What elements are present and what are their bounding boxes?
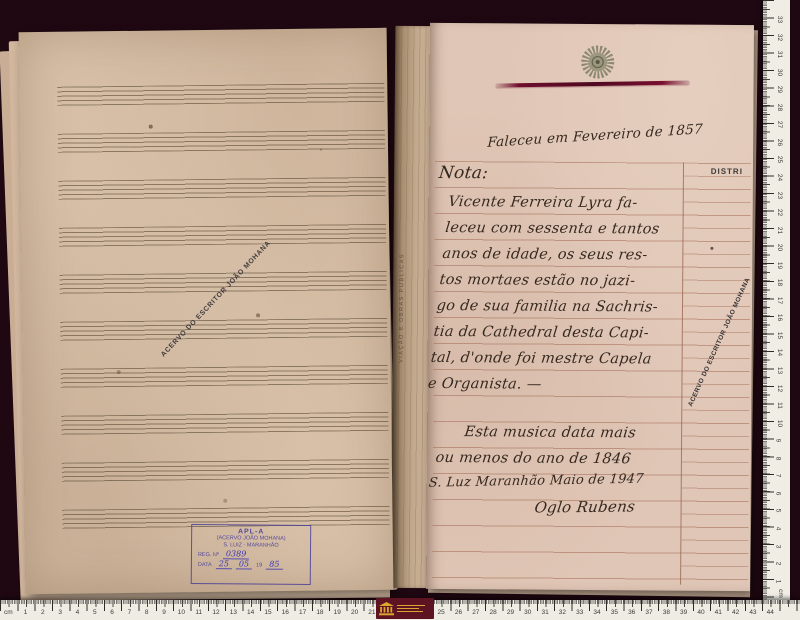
stamp-date-row: DATA 25 05 19 85 [192, 559, 310, 570]
ruler-number: 17 [776, 297, 783, 304]
ruler-number: 9 [162, 609, 166, 616]
handwritten-signature: Oglo Rubens [533, 497, 636, 516]
handwritten-line: ou menos do ano de 1846 [434, 445, 634, 472]
handwritten-death-date: Faleceu em Fevereiro de 1857 [487, 121, 703, 151]
music-stave [59, 224, 386, 247]
ruler-number: 9 [774, 439, 781, 443]
ruler-number: 19 [776, 262, 783, 269]
ruler-number: 25 [776, 156, 783, 163]
ruler-number: 10 [178, 609, 185, 616]
ruler-number: 24 [776, 174, 783, 181]
spine-printed-text: VIAÇÃO E OBRAS PUBLICAS [399, 253, 406, 363]
ruler-number: 32 [776, 33, 783, 40]
ruler-number: 11 [195, 609, 202, 616]
ruler-number: 14 [776, 349, 783, 356]
music-stave [60, 318, 387, 341]
ruler-number: 43 [749, 609, 756, 616]
ruler-number: 22 [776, 209, 783, 216]
ruler-number: 33 [576, 609, 583, 616]
crimson-ink-stroke [496, 80, 690, 87]
ruler-number: 5 [774, 509, 781, 513]
music-stave [58, 177, 385, 200]
ruler-number: 32 [559, 609, 566, 616]
archive-logo [376, 598, 434, 619]
ruler-number: 7 [774, 474, 781, 478]
ruler-number: 15 [264, 609, 271, 616]
ruler-number: 28 [490, 609, 497, 616]
ruler-number: 31 [776, 51, 783, 58]
music-stave [57, 83, 384, 106]
ruler-number: 13 [230, 609, 237, 616]
ruler-number: 4 [774, 527, 781, 531]
ruler-number: 18 [776, 279, 783, 286]
right-column-cells [680, 163, 751, 585]
column-header: DISTRI [711, 167, 743, 176]
ruler-number: 5 [93, 609, 97, 616]
handwritten-line: anos de idade, os seus res- [441, 241, 665, 269]
date-month: 05 [236, 560, 252, 569]
ruler-number: 4 [76, 609, 80, 616]
handwritten-note-body: Vicente Ferreira Lyra fa-leceu com sesse… [426, 189, 671, 398]
left-page: ACERVO DO ESCRITOR JOÃO MOHANA APL-A (AC… [19, 28, 394, 594]
archive-building-icon [379, 602, 394, 616]
date-year-printed: 19 [256, 563, 262, 570]
ruler-number: 30 [776, 69, 783, 76]
ruler-number: 27 [776, 121, 783, 128]
ruler-number: 3 [58, 609, 62, 616]
date-label: DATA [198, 562, 212, 569]
date-day: 25 [216, 560, 232, 569]
music-stave [61, 365, 388, 388]
ruler-number: 44 [767, 609, 774, 616]
reg-label: REG. Nº [198, 552, 219, 559]
handwritten-line: tia da Cathedral desta Capi- [432, 319, 656, 347]
ruler-number: 42 [732, 609, 739, 616]
ruler-number: 26 [776, 139, 783, 146]
date-year-handwritten: 85 [266, 561, 282, 570]
logo-text-lines [397, 605, 425, 612]
reg-number: 0389 [223, 550, 249, 559]
ruler-number: 2 [41, 609, 45, 616]
ruler-number: 3 [774, 544, 781, 548]
vertical-ruler: 3332313029282726252423222120191817161514… [763, 0, 790, 600]
accession-stamp-box: APL-A (ACERVO JOÃO MOHANA) S. LUIZ - MAR… [191, 524, 312, 585]
ruler-number: 6 [774, 492, 781, 496]
ruler-number: 1 [774, 579, 781, 583]
ruler-number: 26 [455, 609, 462, 616]
ruler-number: 6 [110, 609, 114, 616]
handwritten-line: tos mortaes estão no jazi- [438, 267, 662, 295]
ruler-number: 30 [524, 609, 531, 616]
scanned-document-scene: ACERVO DO ESCRITOR JOÃO MOHANA APL-A (AC… [0, 0, 800, 620]
ruler-unit-label: cm [777, 589, 784, 598]
ruler-number: 13 [776, 367, 783, 374]
ruler-number: 36 [628, 609, 635, 616]
music-stave [61, 412, 388, 435]
ruler-number: 19 [334, 609, 341, 616]
handwritten-line: e Organista. — [426, 371, 650, 399]
ruler-number: 28 [776, 104, 783, 111]
handwritten-line: go de sua familia na Sachris- [435, 293, 659, 321]
ruler-number: 20 [351, 609, 358, 616]
handwritten-line: tal, d'onde foi mestre Capela [429, 345, 653, 373]
ruler-number: 35 [611, 609, 618, 616]
ruler-number: 8 [145, 609, 149, 616]
ruler-number: 12 [776, 384, 783, 391]
ruler-number: 15 [776, 332, 783, 339]
ruler-number: 39 [680, 609, 687, 616]
ruler-number: 41 [715, 609, 722, 616]
ruler-number: 11 [776, 402, 783, 409]
ruler-unit-label: cm [4, 609, 13, 616]
ruler-number: 14 [247, 609, 254, 616]
ruler-number: 18 [316, 609, 323, 616]
ruler-number: 2 [774, 562, 781, 566]
handwritten-line: Esta musica data mais [437, 419, 637, 446]
ruler-number: 20 [776, 244, 783, 251]
ruler-number: 10 [776, 420, 783, 427]
handwritten-line: Vicente Ferreira Lyra fa- [447, 189, 671, 217]
ruler-number: 12 [212, 609, 219, 616]
ruler-number: 17 [299, 609, 306, 616]
ruler-number: 23 [776, 191, 783, 198]
ink-dot [710, 247, 713, 250]
handwritten-closing: Esta musica data maisou menos do ano de … [434, 419, 637, 472]
music-stave [62, 459, 389, 482]
ruler-number: 7 [128, 609, 132, 616]
stamp-reg-row: REG. Nº 0389 [192, 549, 310, 560]
ruler-number: 29 [776, 86, 783, 93]
ruler-number: 1 [24, 609, 28, 616]
ruler-number: 27 [472, 609, 479, 616]
ruler-number: 25 [438, 609, 445, 616]
ruler-number: 34 [593, 609, 600, 616]
ruler-number: 40 [697, 609, 704, 616]
ruler-number: 16 [776, 314, 783, 321]
handwritten-line: leceu com sessenta e tantos [444, 215, 668, 243]
ruler-number: 33 [776, 16, 783, 23]
handwritten-note-heading: Nota: [438, 163, 490, 183]
ruler-number: 8 [774, 456, 781, 460]
right-page: DISTRI Faleceu em Fevereiro de 1857 Nota… [426, 23, 754, 591]
ruler-number: 16 [282, 609, 289, 616]
ruler-number: 37 [645, 609, 652, 616]
ruler-number: 21 [368, 609, 375, 616]
ruler-number: 38 [663, 609, 670, 616]
ruler-number: 21 [776, 226, 783, 233]
ruler-number: 31 [541, 609, 548, 616]
age-spots [19, 32, 21, 34]
music-stave [58, 130, 385, 153]
ruler-number: 29 [507, 609, 514, 616]
